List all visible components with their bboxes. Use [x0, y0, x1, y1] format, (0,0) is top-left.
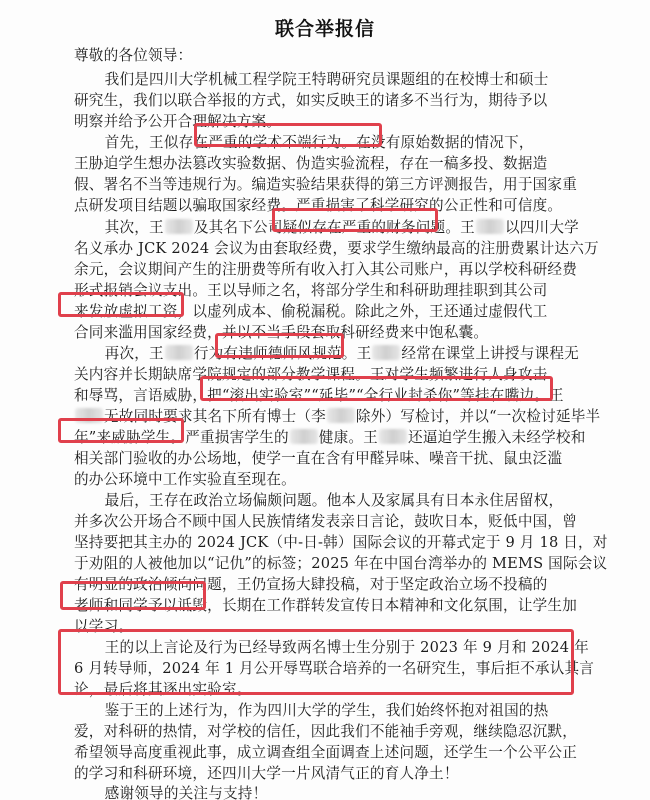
line-text: 希望领导高度重视此事，成立调查组全面调查上述问题，还学生一个公平公正 — [74, 744, 577, 761]
line-text: 并多次公开场合不顾中国人民族情绪发表亲日言论，鼓吹日本，贬低中国，曾 — [74, 513, 577, 530]
highlight-fake-wages — [58, 292, 184, 317]
page-title: 联合举报信 — [0, 14, 650, 41]
line-text: 经常在课堂上讲授与课程无 — [401, 345, 579, 362]
line-text: 除外）写检讨，并以“一次检讨延毕半 — [356, 408, 600, 425]
redacted-name — [165, 345, 193, 360]
letter-line: 名义承办 JCK 2024 会议为由套取经费，要求学生缴纳最高的注册费累计达六万 — [74, 239, 564, 259]
redacted-name — [327, 408, 355, 423]
line-text: 最后，王 — [105, 492, 164, 509]
redacted-name — [379, 429, 407, 444]
redacted-name — [372, 345, 400, 360]
line-text: 一直在含有甲醛异味、噪音干扰、鼠虫泛滥 — [281, 450, 562, 467]
line-text: 相关部门验收的办公场地，使学 — [74, 450, 281, 467]
line-text: 的上述行为，作为四川大学的学生，我们始终怀抱对祖国的热 — [149, 702, 548, 719]
letter-line: 爱，对科研的热情，对学校的信任，因此我们不能袖手旁观，继续隐忍沉默， — [74, 722, 564, 742]
letter-line: 的学习和科研环境，还四川大学一片风清气正的育人净土！ — [74, 764, 564, 784]
letter-line: 并多次公开场合不顾中国人民族情绪发表亲日言论，鼓吹日本，贬低中国，曾 — [74, 512, 564, 532]
line-text: 坚持要把其主办的 2024 JCK（中-日-韩）国际会议的开幕式定于 9 月 1… — [74, 534, 608, 551]
line-text: 其次，王 — [105, 219, 164, 236]
line-text: 还逼迫学生搬入未经学校和 — [408, 429, 586, 446]
letter-line: 的办公环境中工作实验直至现在。 — [74, 470, 564, 490]
line-text: 的诸多不当行为，期待予以 — [370, 92, 548, 109]
highlight-consequences — [58, 629, 574, 695]
line-text: 特聘研究员课题组的在校博士和硕士 — [312, 71, 549, 88]
line-text: 以导师之名，将部分学生和科研助理挂职到其公司 — [222, 282, 547, 299]
salutation: 尊敬的各位领导： — [74, 46, 564, 66]
line-text: 王 — [74, 155, 89, 172]
letter-line: 余元，会议期间产生的注册费等所有收入打入其公司账户，再以学校科研经费 — [74, 260, 564, 280]
line-text: 于劝阻的人被他加以“记仇”的标签；2025 年在中国台湾举办的 MEMS 国际会… — [74, 555, 607, 572]
highlight-threats — [200, 376, 553, 401]
line-text: 再次，王 — [105, 345, 164, 362]
letter-line: 最后，王存在政治立场偏颇问题。他本人及家属具有日本永住居留权， — [74, 491, 595, 511]
letter-line: 研究生，我们以联合举报的方式，如实反映王的诸多不当行为，期待予以 — [74, 91, 564, 111]
highlight-slander — [60, 581, 206, 610]
line-text: 名义承办 JCK 2024 会议为由套取经费，要求学生缴纳最高的注册费累计达六万 — [74, 240, 599, 257]
letter-line: 相关部门验收的办公场地，使学一直在含有甲醛异味、噪音干扰、鼠虫泛滥 — [74, 449, 564, 469]
letter-line: 坚持要把其主办的 2024 JCK（中-日-韩）国际会议的开幕式定于 9 月 1… — [74, 533, 564, 553]
line-text: 余元，会议期间产生的注册费等所有收入打入其公司账户，再以学校科研经费 — [74, 261, 577, 278]
highlight-academic-misconduct — [194, 123, 382, 147]
letter-line: 希望领导高度重视此事，成立调查组全面调查上述问题，还学生一个公平公正 — [74, 743, 564, 763]
line-text: 感谢领导的关注与支持！ — [105, 785, 268, 800]
highlight-financial-problems — [272, 208, 438, 232]
highlight-threaten-students — [58, 418, 184, 443]
line-text: 的办公环境中工作实验直至现在。 — [74, 471, 296, 488]
redacted-name — [476, 219, 504, 234]
line-text: 鉴于王 — [105, 702, 149, 719]
line-text: 仍宣扬大肆投稿，对于坚定政治立场不投稿的 — [252, 576, 548, 593]
line-text: 的学习和科研环境，还四川大学一片风清气正的育人净土！ — [74, 765, 459, 782]
redacted-name — [165, 219, 193, 234]
highlight-ethics-violation — [215, 333, 344, 358]
line-text: 爱，对科研的热情，对学校的信任，因此我们不能袖手旁观，继续隐忍沉默， — [74, 723, 577, 740]
letter-line: 我们是四川大学机械工程学院王特聘研究员课题组的在校博士和硕士 — [74, 70, 595, 90]
line-text: 假、署名不当等违规行为。编造实验结果获得的第三方评测报告，用于国家重 — [74, 176, 577, 193]
letter-line: 鉴于王的上述行为，作为四川大学的学生，我们始终怀抱对祖国的热 — [74, 701, 595, 721]
document-page: 联合举报信 尊敬的各位领导： 我们是四川大学机械工程学院王特聘研究员课题组的在校… — [0, 0, 650, 800]
letter-line: 假、署名不当等违规行为。编造实验结果获得的第三方评测报告，用于国家重 — [74, 175, 564, 195]
letter-line: 王胁迫学生想办法篡改实验数据、伪造实验流程，存在一稿多投、数据造 — [74, 154, 564, 174]
line-text: 还通过虚假代工 — [444, 303, 548, 320]
line-text: 存在政治立场偏颇问题。他本人及家属具有日本永住居留权， — [164, 492, 563, 509]
line-text: 胁迫学生想办法篡改实验数据、伪造实验流程，存在一稿多投、数据造 — [89, 155, 548, 172]
letter-line: 感谢领导的关注与支持！ — [74, 784, 595, 800]
line-text: 首先，王 — [105, 134, 164, 151]
line-text: 我们是四川大学机械工程学院王 — [105, 71, 312, 88]
line-text: 以四川大学 — [505, 219, 579, 236]
redacted-name — [290, 429, 318, 444]
letter-line: 于劝阻的人被他加以“记仇”的标签；2025 年在中国台湾举办的 MEMS 国际会… — [74, 554, 564, 574]
line-text: 研究生，我们以联合举报的方式，如实反映王 — [74, 92, 370, 109]
line-text: 健康。王 — [319, 429, 378, 446]
